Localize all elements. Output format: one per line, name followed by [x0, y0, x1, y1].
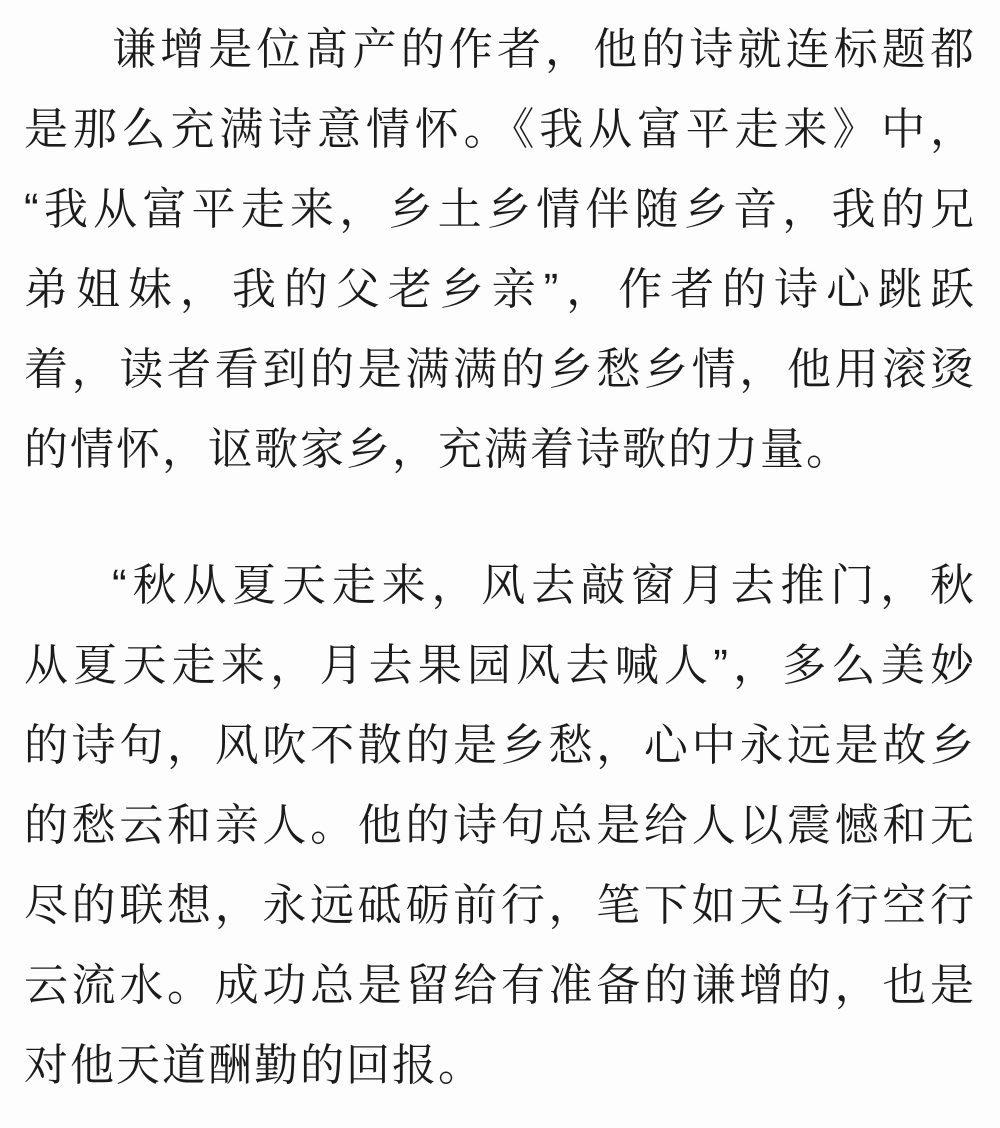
text-line: 的愁云和亲人。他的诗句总是给人以震憾和无 — [24, 786, 976, 866]
text-line: 尽的联想，永远砥砺前行，笔下如天马行空行 — [24, 866, 976, 946]
text-line: 着，读者看到的是满满的乡愁乡情，他用滚烫 — [24, 330, 976, 410]
paragraph-1: 谦增是位髙产的作者，他的诗就连标题都 是那么充满诗意情怀。《我从富平走来》中， … — [24, 10, 976, 490]
text-line: 弟姐妹，我的父老乡亲”，作者的诗心跳跃 — [24, 250, 976, 330]
text-line: 是那么充满诗意情怀。《我从富平走来》中， — [24, 90, 976, 170]
text-line: 对他天道酬勤的回报。 — [24, 1026, 976, 1106]
text-line: “秋从夏天走来，风去敲窗月去推门，秋 — [24, 546, 976, 626]
text-line: 从夏天走来，月去果园风去喊人”，多么美妙 — [24, 626, 976, 706]
text-line: 谦增是位髙产的作者，他的诗就连标题都 — [24, 10, 976, 90]
text-line: 的情怀，讴歌家乡，充满着诗歌的力量。 — [24, 410, 976, 490]
text-line: “我从富平走来，乡土乡情伴随乡音，我的兄 — [24, 170, 976, 250]
text-line: 的诗句，风吹不散的是乡愁，心中永远是故乡 — [24, 706, 976, 786]
document-page: 谦增是位髙产的作者，他的诗就连标题都 是那么充满诗意情怀。《我从富平走来》中， … — [0, 0, 1000, 1128]
paragraph-2: “秋从夏天走来，风去敲窗月去推门，秋 从夏天走来，月去果园风去喊人”，多么美妙 … — [24, 546, 976, 1106]
text-line: 云流水。成功总是留给有准备的谦增的，也是 — [24, 946, 976, 1026]
